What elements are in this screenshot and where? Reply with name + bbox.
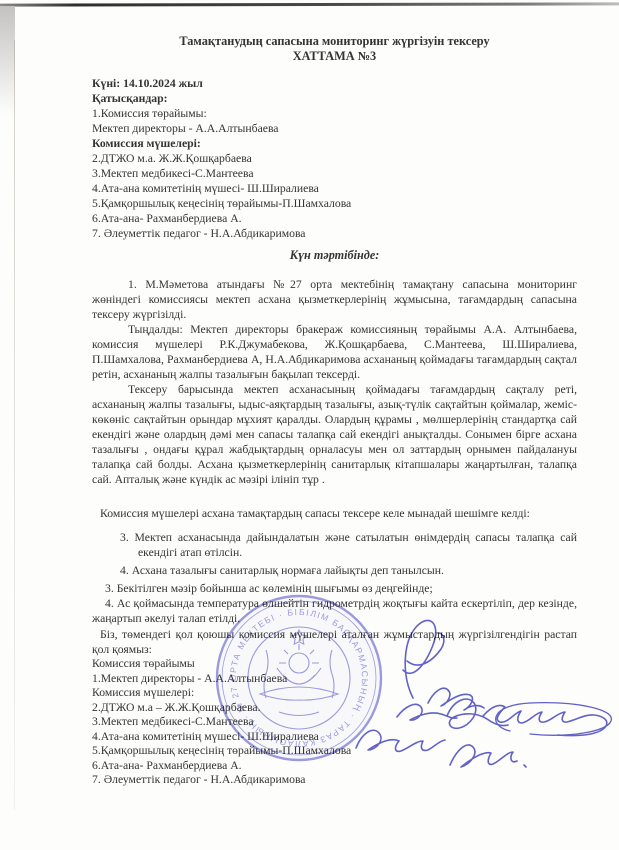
signature-block: Комиссия төрайымы 1.Мектеп директоры - А… [92, 657, 577, 788]
signature-line: 4.Ата-ана комитетінің мүшесі- Ш.Ширалиев… [92, 730, 577, 745]
signature-line: 7. Әлеуметтік педагог - Н.А.Абдикаримова [92, 773, 577, 788]
decision-item: 3. Мектеп асханасында дайындалатын және … [120, 530, 577, 560]
scan-edge-line [0, 2, 619, 6]
document-content: Тамақтанудың сапасына мониторинг жүргізу… [92, 34, 577, 788]
participant-line: 3.Мектеп медбикесі-С.Мантеева [92, 166, 577, 181]
paper-left-edge [14, 40, 15, 810]
signature-line: Комиссия мүшелері: [92, 686, 577, 701]
signature-line: 3.Мектеп медбикесі-С.Мантеева [92, 715, 577, 730]
paragraph: Тыңдалды: Мектеп директоры бракераж коми… [92, 322, 577, 382]
body-paragraphs: 1. М.Мәметова атындағы №27 орта мектебін… [92, 277, 577, 487]
signature-line: 5.Қамқоршылық кеңесінің төрайымы-П.Шамха… [92, 744, 577, 759]
closing-statement: Біз, төмендегі қол қоюшы комиссия мүшеле… [92, 627, 577, 657]
participants-heading: Қатысқандар: [92, 91, 577, 106]
agenda-heading: Күн тәртібінде: [92, 248, 577, 263]
signature-line: 6.Ата-ана- Рахманбердиева А. [92, 759, 577, 774]
scanned-protocol-document: { "document": { "title": "Тамақтанудың с… [0, 0, 619, 850]
decision-item: 4. Асхана тазалығы санитарлық нормаға ла… [120, 563, 577, 578]
participants-list: 1.Комиссия төрайымы: Мектеп директоры - … [92, 106, 577, 241]
document-page: Тамақтанудың сапасына мониторинг жүргізу… [0, 0, 619, 850]
participant-line: 4.Ата-ана комитетінің мүшесі- Ш.Ширалиев… [92, 181, 577, 196]
document-subtitle: ХАТТАМА №3 [92, 49, 577, 64]
signature-line: 1.Мектеп директоры - А.А.Алтынбаева [92, 672, 577, 687]
paragraph: Тексеру барысында мектеп асханасының қой… [92, 382, 577, 487]
participant-line: 7. Әлеуметтік педагог - Н.А.Абдикаримова [92, 226, 577, 241]
signature-line: Комиссия төрайымы [92, 657, 577, 672]
document-title: Тамақтанудың сапасына мониторинг жүргізу… [92, 34, 577, 49]
decision-item: 4. Ас қоймасында температура өлшейтін ги… [92, 596, 577, 626]
scan-left-shadow [0, 6, 15, 116]
participant-line: 5.Қамқоршылық кеңесінің төрайымы-П.Шамха… [92, 196, 577, 211]
participant-line: 1.Комиссия төрайымы: [92, 106, 577, 121]
participant-line: Мектеп директоры - А.А.Алтынбаева [92, 121, 577, 136]
participant-line: 2.ДТЖО м.а. Ж.Ж.Қошқарбаева [92, 151, 577, 166]
paragraph: 1. М.Мәметова атындағы №27 орта мектебін… [92, 277, 577, 322]
date-line: Күні: 14.10.2024 жыл [92, 76, 577, 91]
decision-list: 3. Мектеп асханасында дайындалатын және … [92, 530, 577, 626]
participant-line: Комиссия мүшелері: [92, 136, 577, 151]
decision-item: 3. Бекітілген мәзір бойынша ас көлемінің… [92, 581, 577, 596]
signature-line: 2.ДТЖО м.а – Ж.Ж.Қошқарбаева. [92, 701, 577, 716]
decision-intro: Комиссия мүшелері асхана тамақтардың сап… [92, 506, 577, 521]
participant-line: 6.Ата-ана- Рахманбердиева А. [92, 211, 577, 226]
